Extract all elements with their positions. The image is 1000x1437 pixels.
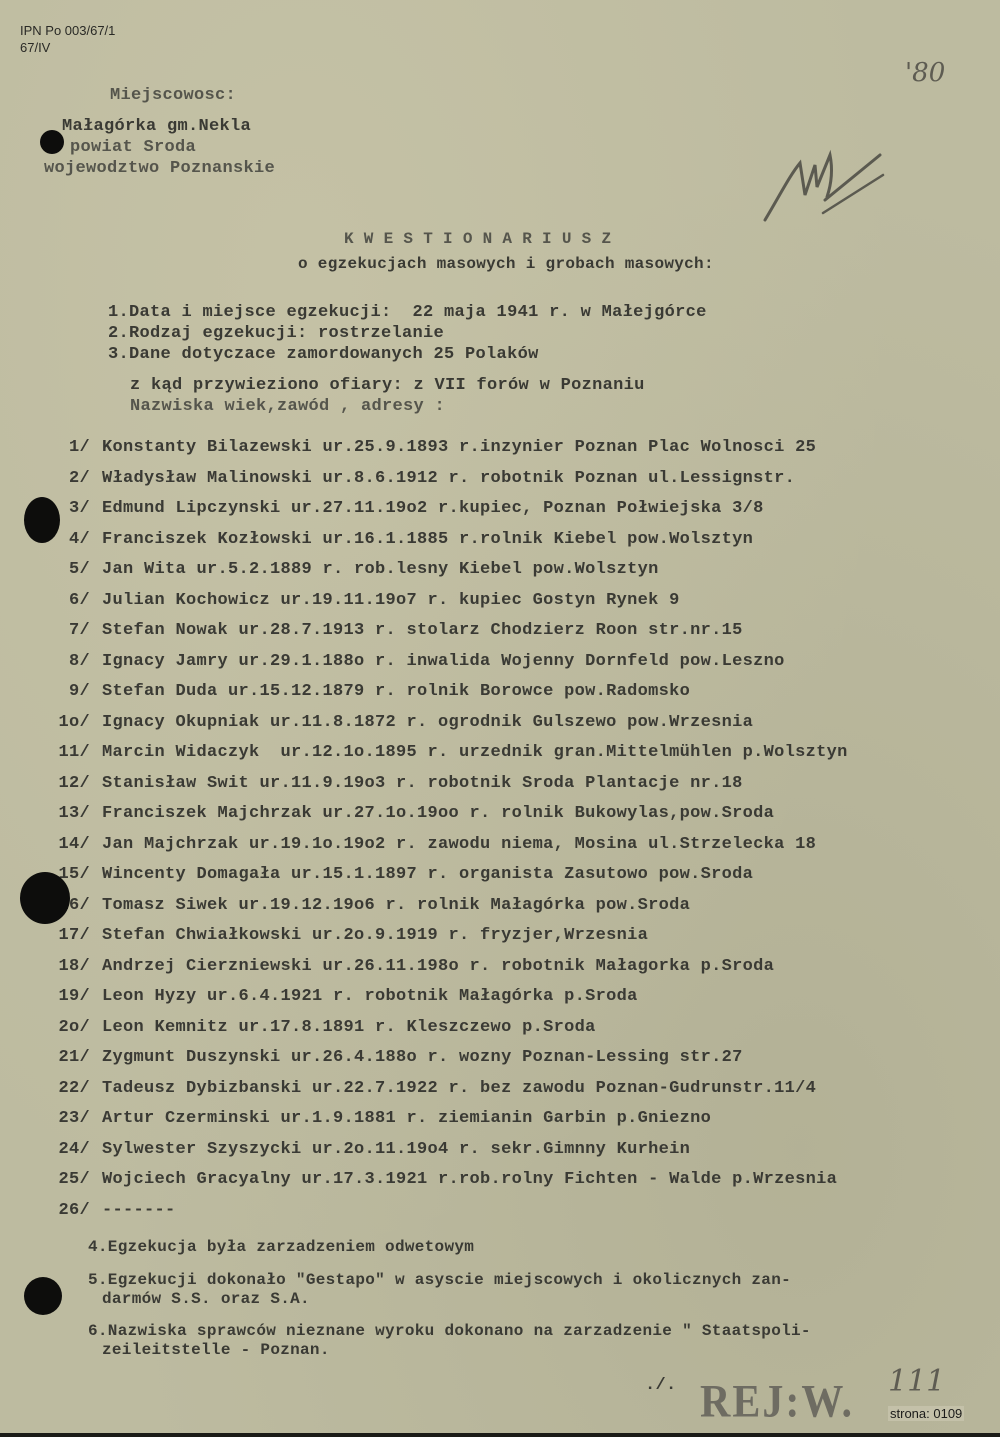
victim-details: Konstanty Bilazewski ur.25.9.1893 r.inzy… <box>102 438 816 457</box>
page-edge <box>0 1433 1000 1437</box>
victim-details: Ignacy Jamry ur.29.1.188o r. inwalida Wo… <box>102 652 785 671</box>
punch-hole-icon <box>24 1277 62 1315</box>
punch-hole-icon <box>40 130 64 154</box>
victim-number: 23/ <box>10 1109 90 1128</box>
handwritten-page-number: '80 <box>905 58 945 88</box>
page-number-label: strona: 0109 <box>888 1406 964 1421</box>
punch-hole-icon <box>20 872 70 924</box>
victim-number: 5/ <box>10 560 90 579</box>
question-2: 2.Rodzaj egzekucji: rostrzelanie <box>108 324 444 343</box>
victim-number: 7/ <box>10 621 90 640</box>
victim-details: Edmund Lipczynski ur.27.11.19o2 r.kupiec… <box>102 499 764 518</box>
document-subtitle: o egzekucjach masowych i grobach masowyc… <box>298 255 714 273</box>
victim-details: Władysław Malinowski ur.8.6.1912 r. robo… <box>102 469 795 488</box>
victim-details: Stefan Chwiałkowski ur.2o.9.1919 r. fryz… <box>102 926 648 945</box>
victim-number: 1/ <box>10 438 90 457</box>
archive-signature: IPN Po 003/67/1 67/IV <box>20 22 115 56</box>
victim-number: 18/ <box>10 957 90 976</box>
victim-number: 26/ <box>10 1201 90 1220</box>
victim-details: Franciszek Kozłowski ur.16.1.1885 r.roln… <box>102 530 753 549</box>
end-mark: ./. <box>645 1376 677 1395</box>
victim-number: 13/ <box>10 804 90 823</box>
victim-number: 14/ <box>10 835 90 854</box>
victim-details: Andrzej Cierzniewski ur.26.11.198o r. ro… <box>102 957 774 976</box>
victim-details: Stefan Nowak ur.28.7.1913 r. stolarz Cho… <box>102 621 743 640</box>
question-6-line2: zeileitstelle - Poznan. <box>102 1341 330 1359</box>
victim-details: Ignacy Okupniak ur.11.8.1872 r. ogrodnik… <box>102 713 753 732</box>
location-voivodeship: wojewodztwo Poznanskie <box>44 159 275 178</box>
victims-list-header: Nazwiska wiek,zawód , adresy : <box>130 397 445 416</box>
victim-details: Artur Czerminski ur.1.9.1881 r. ziemiani… <box>102 1109 711 1128</box>
victim-number: 11/ <box>10 743 90 762</box>
question-6-line1: 6.Nazwiska sprawców nieznane wyroku doko… <box>88 1322 811 1340</box>
location-village: Małagórka gm.Nekla <box>62 117 251 136</box>
victim-details: Leon Kemnitz ur.17.8.1891 r. Kleszczewo … <box>102 1018 596 1037</box>
victim-number: 25/ <box>10 1170 90 1189</box>
location-county: powiat Sroda <box>70 138 196 157</box>
document-title: K W E S T I O N A R I U S Z <box>344 230 611 248</box>
victim-details: Jan Wita ur.5.2.1889 r. rob.lesny Kiebel… <box>102 560 659 579</box>
victim-number: 17/ <box>10 926 90 945</box>
document-page: IPN Po 003/67/1 67/IV '80 Miejscowosc: M… <box>0 0 1000 1437</box>
victim-number: 22/ <box>10 1079 90 1098</box>
victim-details: Stanisław Swit ur.11.9.19o3 r. robotnik … <box>102 774 743 793</box>
victims-origin: z kąd przywieziono ofiary: z VII forów w… <box>130 376 645 395</box>
question-5-line1: 5.Egzekucji dokonało "Gestapo" w asyscie… <box>88 1271 791 1289</box>
victim-details: Wojciech Gracyalny ur.17.3.1921 r.rob.ro… <box>102 1170 837 1189</box>
victim-details: Leon Hyzy ur.6.4.1921 r. robotnik Małagó… <box>102 987 638 1006</box>
punch-hole-icon <box>24 497 60 543</box>
victim-details: Franciszek Majchrzak ur.27.1o.19oo r. ro… <box>102 804 774 823</box>
handwritten-folio-number: 111 <box>888 1364 945 1399</box>
victim-details: Tomasz Siwek ur.19.12.19o6 r. rolnik Mał… <box>102 896 690 915</box>
victim-details: Zygmunt Duszynski ur.26.4.188o r. wozny … <box>102 1048 743 1067</box>
victim-number: 2o/ <box>10 1018 90 1037</box>
archive-signature-line2: 67/IV <box>20 39 115 56</box>
victim-number: 19/ <box>10 987 90 1006</box>
victim-details: Julian Kochowicz ur.19.11.19o7 r. kupiec… <box>102 591 680 610</box>
handwritten-signature <box>755 125 905 235</box>
question-1: 1.Data i miejsce egzekucji: 22 maja 1941… <box>108 303 707 322</box>
victim-number: 1o/ <box>10 713 90 732</box>
question-5-line2: darmów S.S. oraz S.A. <box>102 1290 310 1308</box>
victim-number: 9/ <box>10 682 90 701</box>
victim-details: Marcin Widaczyk ur.12.1o.1895 r. urzedni… <box>102 743 848 762</box>
victim-number: 6/ <box>10 591 90 610</box>
victim-details: Jan Majchrzak ur.19.1o.19o2 r. zawodu ni… <box>102 835 816 854</box>
question-4: 4.Egzekucja była zarzadzeniem odwetowym <box>88 1238 474 1256</box>
victim-details: Tadeusz Dybizbanski ur.22.7.1922 r. bez … <box>102 1079 816 1098</box>
registry-stamp: REJ:W. <box>700 1376 854 1429</box>
victim-number: 24/ <box>10 1140 90 1159</box>
victim-details: Stefan Duda ur.15.12.1879 r. rolnik Boro… <box>102 682 690 701</box>
victim-number: 8/ <box>10 652 90 671</box>
location-label: Miejscowosc: <box>110 86 236 105</box>
victim-details: ------- <box>102 1201 176 1220</box>
victim-number: 21/ <box>10 1048 90 1067</box>
victim-details: Wincenty Domagała ur.15.1.1897 r. organi… <box>102 865 753 884</box>
victim-number: 12/ <box>10 774 90 793</box>
victim-details: Sylwester Szyszycki ur.2o.11.19o4 r. sek… <box>102 1140 690 1159</box>
archive-signature-line1: IPN Po 003/67/1 <box>20 22 115 39</box>
victim-number: 2/ <box>10 469 90 488</box>
question-3: 3.Dane dotyczace zamordowanych 25 Polakó… <box>108 345 539 364</box>
